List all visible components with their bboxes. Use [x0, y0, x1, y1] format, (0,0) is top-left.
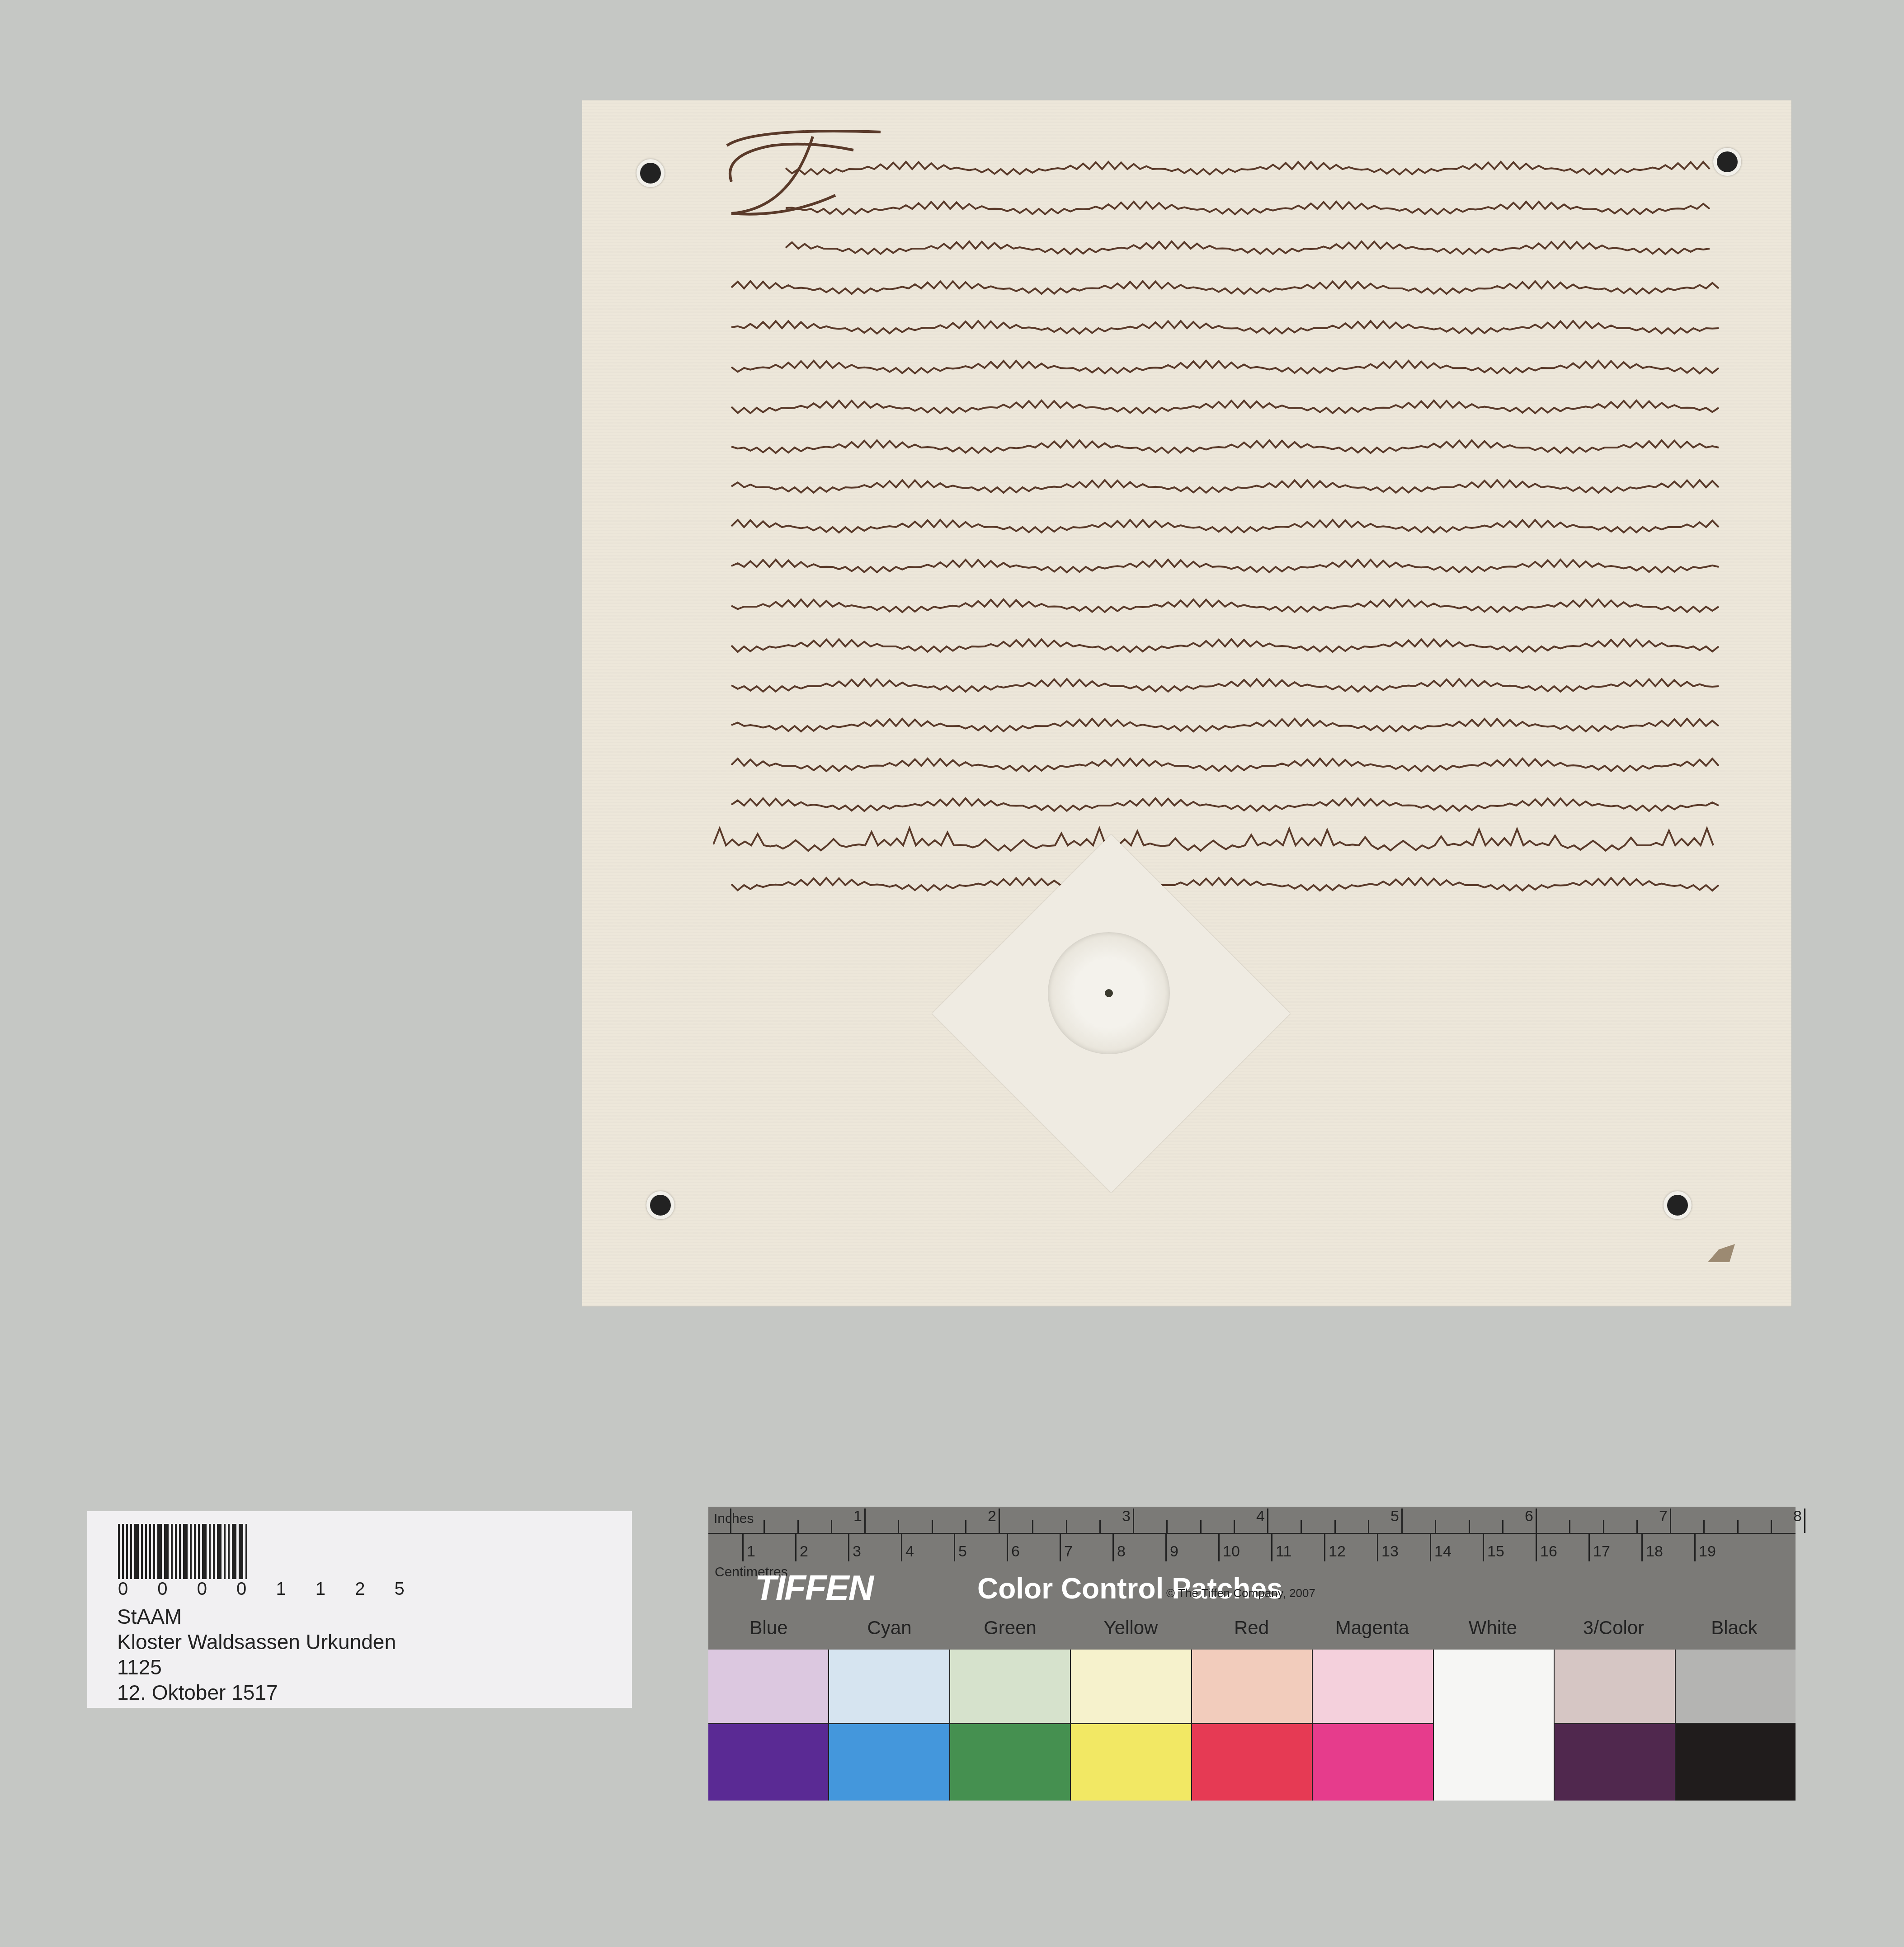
inch-tick [1334, 1520, 1336, 1533]
cm-tick-label: 15 [1487, 1543, 1504, 1560]
cm-tick [1588, 1534, 1590, 1561]
mount-hole-bottom-left [646, 1191, 674, 1219]
cm-tick [901, 1534, 902, 1561]
barcode-bar [217, 1524, 222, 1579]
script-line [713, 344, 1735, 382]
inch-tick [1200, 1520, 1202, 1533]
tiffen-logo: TIFFEN [755, 1567, 873, 1608]
inch-tick [1066, 1520, 1067, 1533]
cm-tick-label: 2 [800, 1543, 808, 1560]
mount-hole-top-left [636, 159, 665, 187]
patch-name: 3/Color [1553, 1617, 1674, 1639]
light-patch [1434, 1650, 1554, 1723]
barcode-bar [130, 1524, 132, 1579]
cm-tick [1060, 1534, 1061, 1561]
inch-tick [1502, 1520, 1503, 1533]
barcode-bar [157, 1524, 162, 1579]
barcode-bar [122, 1524, 124, 1579]
script-line [713, 265, 1735, 302]
script-line [713, 702, 1735, 740]
inch-tick [1569, 1520, 1570, 1533]
inch-tick [730, 1509, 731, 1533]
barcode-bar [164, 1524, 169, 1579]
barcode-bar [224, 1524, 226, 1579]
copyright: © The Tiffen Company, 2007 [1166, 1586, 1315, 1600]
dark-patch [1192, 1724, 1312, 1801]
archive-name: StAAM [117, 1604, 182, 1629]
seal-center-mark [1105, 989, 1113, 997]
light-patch [829, 1650, 949, 1724]
inch-tick [1804, 1509, 1805, 1533]
inch-tick-label: 8 [1793, 1508, 1802, 1525]
inch-tick-label: 2 [988, 1508, 996, 1525]
inch-tick [1737, 1520, 1739, 1533]
barcode-bar [126, 1524, 128, 1579]
dark-patch [1676, 1724, 1796, 1801]
cm-tick [1377, 1534, 1378, 1561]
inch-tick [797, 1520, 799, 1533]
inch-tick-label: 6 [1525, 1508, 1533, 1525]
ruler: Inches Centimetres TIFFEN Color Control … [708, 1507, 1796, 1650]
inch-tick [1771, 1520, 1772, 1533]
cm-tick-label: 4 [905, 1543, 914, 1560]
inch-tick [1234, 1520, 1235, 1533]
ruler-divider [708, 1533, 1796, 1534]
cm-tick [1218, 1534, 1220, 1561]
cm-tick [954, 1534, 955, 1561]
inch-tick [898, 1520, 899, 1533]
cm-tick-label: 8 [1117, 1543, 1126, 1560]
document-date: 12. Oktober 1517 [117, 1680, 278, 1705]
dark-patch [829, 1724, 949, 1801]
barcode-bar [171, 1524, 173, 1579]
inch-tick [1603, 1520, 1604, 1533]
color-patch-3-color [1555, 1650, 1675, 1801]
script-line [713, 384, 1735, 421]
script-line [713, 424, 1735, 461]
cm-tick [1165, 1534, 1167, 1561]
script-line [713, 862, 1735, 899]
barcode-bar [245, 1524, 247, 1579]
cm-tick [1483, 1534, 1484, 1561]
cm-tick-label: 9 [1170, 1543, 1178, 1560]
light-patch [1555, 1650, 1674, 1724]
patch-name: Red [1191, 1617, 1312, 1639]
light-patch [1313, 1650, 1433, 1724]
cm-tick [1694, 1534, 1696, 1561]
cm-tick-label: 3 [853, 1543, 861, 1560]
inch-tick-label: 1 [853, 1508, 862, 1525]
cm-tick [1007, 1534, 1008, 1561]
light-patch [708, 1650, 828, 1724]
script-line [713, 822, 1735, 859]
cm-tick-label: 7 [1064, 1543, 1073, 1560]
barcode-bar [153, 1524, 155, 1579]
barcode-bar [175, 1524, 177, 1579]
inches-label: Inches [714, 1511, 754, 1527]
barcode-bar [213, 1524, 215, 1579]
inch-tick [1636, 1520, 1638, 1533]
light-patch [950, 1650, 1070, 1724]
color-patch-blue [708, 1650, 829, 1801]
collection-name: Kloster Waldsassen Urkunden [117, 1630, 396, 1654]
handwritten-text-block [713, 146, 1735, 901]
patch-names: BlueCyanGreenYellowRedMagentaWhite3/Colo… [708, 1617, 1796, 1639]
barcode-bar [118, 1524, 120, 1579]
patch-name: Black [1674, 1617, 1795, 1639]
cm-tick [742, 1534, 744, 1561]
barcode-bar [209, 1524, 211, 1579]
barcode-bar [198, 1524, 200, 1579]
inch-tick [1469, 1520, 1470, 1533]
cm-tick-label: 17 [1593, 1543, 1610, 1560]
dark-patch [1555, 1724, 1674, 1801]
cm-tick [1112, 1534, 1114, 1561]
inch-tick [1133, 1509, 1134, 1533]
archive-label: 0 0 0 0 1 1 2 5 StAAM Kloster Waldsassen… [87, 1511, 632, 1708]
patch-name: Yellow [1070, 1617, 1191, 1639]
script-line [713, 305, 1735, 342]
color-patch-magenta [1313, 1650, 1433, 1801]
script-line [713, 225, 1735, 262]
cm-tick [848, 1534, 849, 1561]
inch-tick-label: 3 [1122, 1508, 1131, 1525]
patch-name: Blue [708, 1617, 829, 1639]
inch-tick [1301, 1520, 1302, 1533]
script-line [713, 782, 1735, 819]
inch-tick [1267, 1509, 1268, 1533]
inch-tick [1670, 1509, 1671, 1533]
light-patch [1071, 1650, 1191, 1724]
cm-tick-label: 19 [1699, 1543, 1716, 1560]
dark-patch [708, 1724, 828, 1801]
barcode-bar [232, 1524, 236, 1579]
color-patch-white [1434, 1650, 1555, 1801]
light-patch [1676, 1650, 1796, 1724]
barcode-bar [202, 1524, 207, 1579]
patch-name: Green [950, 1617, 1070, 1639]
inch-tick [864, 1509, 866, 1533]
patch-name: Cyan [829, 1617, 950, 1639]
script-line [713, 543, 1735, 580]
inch-tick [1703, 1520, 1705, 1533]
barcode-bar [194, 1524, 196, 1579]
cm-tick [1271, 1534, 1272, 1561]
cm-tick-label: 5 [958, 1543, 967, 1560]
inch-tick [999, 1509, 1000, 1533]
script-line [713, 742, 1735, 779]
cm-tick-label: 13 [1381, 1543, 1399, 1560]
mount-hole-bottom-right [1664, 1191, 1692, 1219]
cm-tick-label: 18 [1646, 1543, 1663, 1560]
script-line [713, 146, 1735, 183]
inch-tick [1536, 1509, 1537, 1533]
cm-tick-label: 16 [1540, 1543, 1557, 1560]
barcode-bar [228, 1524, 230, 1579]
inch-tick [1166, 1520, 1168, 1533]
cm-tick-label: 12 [1329, 1543, 1346, 1560]
dark-patch [1434, 1723, 1554, 1801]
patch-name: White [1433, 1617, 1553, 1639]
script-line [713, 583, 1735, 620]
dark-patch [1071, 1724, 1191, 1801]
inch-tick [1401, 1509, 1403, 1533]
script-line [713, 663, 1735, 700]
paper-damage [1708, 1244, 1735, 1262]
dark-patch [1313, 1724, 1433, 1801]
barcode-bar [239, 1524, 243, 1579]
barcode-bar [190, 1524, 192, 1579]
dark-patch [950, 1724, 1070, 1801]
inch-tick [1032, 1520, 1033, 1533]
color-patch-yellow [1071, 1650, 1192, 1801]
cm-tick [1430, 1534, 1431, 1561]
cm-tick [795, 1534, 796, 1561]
inch-tick [965, 1520, 966, 1533]
inch-tick [1435, 1520, 1436, 1533]
color-patch-red [1192, 1650, 1313, 1801]
barcode-bar [141, 1524, 143, 1579]
document-number: 1125 [117, 1655, 162, 1679]
inch-tick [763, 1520, 765, 1533]
manuscript-document [582, 100, 1791, 1306]
cm-tick [1641, 1534, 1643, 1561]
barcode [118, 1524, 250, 1579]
script-line [713, 623, 1735, 660]
inch-tick [932, 1520, 933, 1533]
barcode-bar [149, 1524, 151, 1579]
cm-tick-label: 10 [1223, 1543, 1240, 1560]
script-line [713, 185, 1735, 222]
inch-tick [831, 1520, 832, 1533]
cm-tick-label: 11 [1276, 1543, 1291, 1560]
light-patch [1192, 1650, 1312, 1724]
barcode-bar [183, 1524, 188, 1579]
script-line [713, 504, 1735, 541]
patch-name: Magenta [1312, 1617, 1433, 1639]
cm-tick-label: 6 [1011, 1543, 1020, 1560]
color-patch-green [950, 1650, 1071, 1801]
barcode-bar [145, 1524, 147, 1579]
cm-tick [1536, 1534, 1537, 1561]
inch-tick-label: 5 [1390, 1508, 1399, 1525]
cm-tick-label: 1 [747, 1543, 755, 1560]
color-patches [708, 1650, 1796, 1801]
cm-tick [1324, 1534, 1325, 1561]
barcode-bar [179, 1524, 181, 1579]
inch-tick-label: 4 [1256, 1508, 1265, 1525]
cm-tick-label: 14 [1434, 1543, 1452, 1560]
tiffen-color-chart: Inches Centimetres TIFFEN Color Control … [708, 1507, 1796, 1801]
color-patch-black [1676, 1650, 1796, 1801]
inch-tick [1368, 1520, 1369, 1533]
inch-tick-label: 7 [1659, 1508, 1668, 1525]
color-patch-cyan [829, 1650, 950, 1801]
script-line [713, 464, 1735, 501]
inch-tick [1099, 1520, 1101, 1533]
barcode-bar [134, 1524, 139, 1579]
barcode-number: 0 0 0 0 1 1 2 5 [118, 1579, 417, 1599]
